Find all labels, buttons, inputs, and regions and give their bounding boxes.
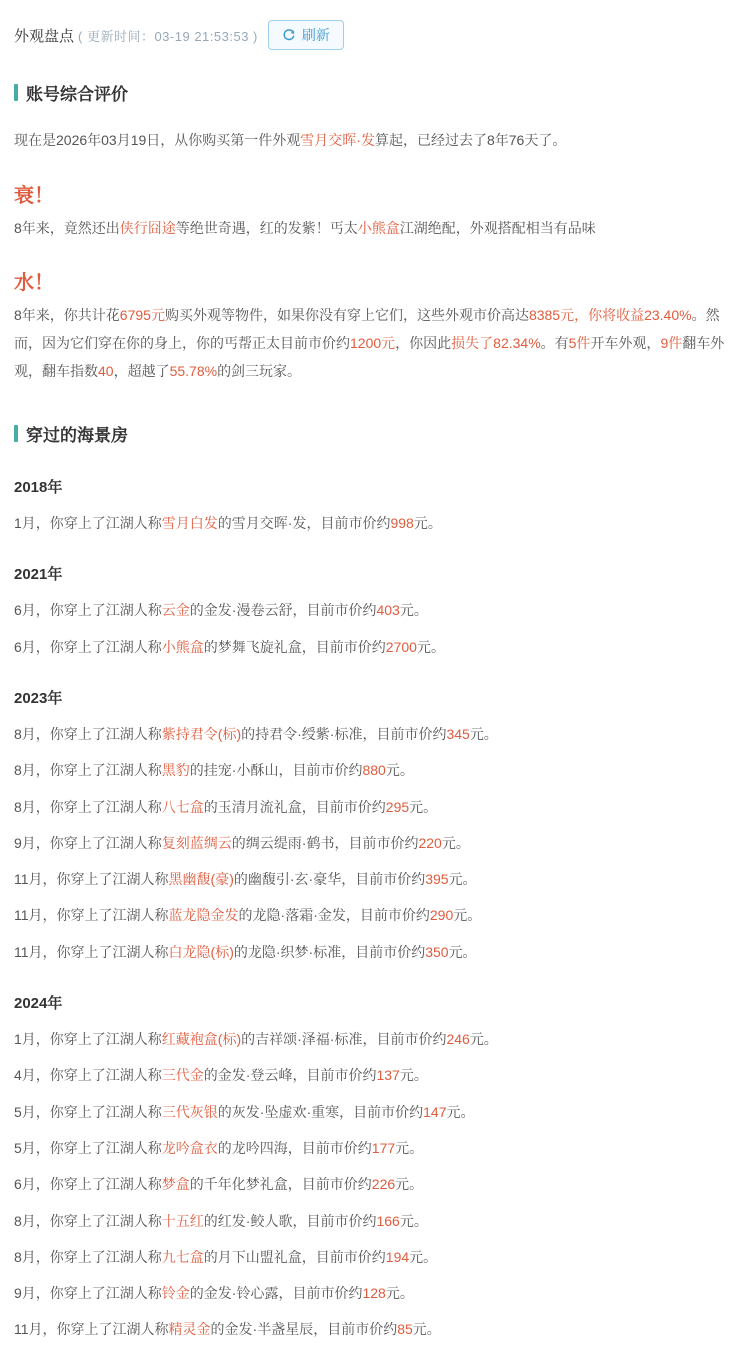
item-price: 350	[425, 944, 448, 960]
item-suffix: 元。	[409, 1249, 437, 1265]
item-month: 4月，你穿上了江湖人称	[14, 1067, 162, 1083]
item-price: 998	[390, 515, 413, 531]
item-nickname: 九七盒	[162, 1249, 204, 1265]
item-suffix: 元。	[386, 762, 414, 778]
history-item: 8月，你穿上了江湖人称十五红的红发·鲛人歌，目前市价约166元。	[14, 1211, 736, 1231]
item-suffix: 元。	[395, 1140, 423, 1156]
plain-text: 购买外观等物件，如果你没有穿上它们，这些外观市价高达	[165, 307, 529, 323]
item-name: 的玉清月流礼盒，目前市价约	[204, 799, 386, 815]
item-nickname: 八七盒	[162, 799, 204, 815]
item-nickname: 蓝龙隐金发	[169, 907, 239, 923]
item-month: 8月，你穿上了江湖人称	[14, 762, 162, 778]
history-item: 11月，你穿上了江湖人称白龙隐(标)的龙隐·织梦·标准，目前市价约350元。	[14, 942, 736, 962]
history-item: 6月，你穿上了江湖人称小熊盒的梦舞飞旋礼盒，目前市价约2700元。	[14, 637, 736, 657]
item-name: 的金发·铃心露，目前市价约	[190, 1285, 363, 1301]
item-name: 的挂宠·小酥山，目前市价约	[190, 762, 363, 778]
section-title-history: 穿过的海景房	[14, 421, 736, 446]
item-nickname: 三代金	[162, 1067, 204, 1083]
highlight-text: 小熊盒	[358, 220, 400, 236]
item-price: 290	[430, 907, 453, 923]
item-price: 345	[446, 726, 469, 742]
item-suffix: 元。	[442, 835, 470, 851]
highlight-text: 8385元，你将收益23.40%	[529, 307, 692, 323]
item-suffix: 元。	[414, 515, 442, 531]
highlight-text: 侠行囧途	[120, 220, 176, 236]
section-bar-icon	[14, 425, 18, 442]
item-nickname: 黑豹	[162, 762, 190, 778]
summary-intro-paragraph: 现在是2026年03月19日，从你购买第一件外观雪月交晖·发算起，已经过去了8年…	[14, 125, 736, 155]
item-nickname: 复刻蓝绸云	[162, 835, 232, 851]
item-nickname: 雪月白发	[162, 515, 218, 531]
item-nickname: 红藏袍盒(标)	[162, 1031, 241, 1047]
item-nickname: 铃金	[162, 1285, 190, 1301]
verdict-paragraph-shuai: 8年来，竟然还出侠行囧途等绝世奇遇，红的发紫！丐太小熊盒江湖绝配，外观搭配相当有…	[14, 214, 736, 242]
item-price: 2700	[386, 639, 417, 655]
item-name: 的红发·鲛人歌，目前市价约	[204, 1213, 377, 1229]
plain-text: 8年来，竟然还出	[14, 220, 120, 236]
item-month: 8月，你穿上了江湖人称	[14, 726, 162, 742]
item-nickname: 三代灰银	[162, 1104, 218, 1120]
item-nickname: 龙吟盒衣	[162, 1140, 218, 1156]
item-month: 5月，你穿上了江湖人称	[14, 1140, 162, 1156]
item-price: 403	[376, 602, 399, 618]
refresh-icon	[282, 28, 296, 42]
item-month: 6月，你穿上了江湖人称	[14, 602, 162, 618]
history-item: 6月，你穿上了江湖人称云金的金发·漫卷云舒，目前市价约403元。	[14, 600, 736, 620]
item-nickname: 云金	[162, 602, 190, 618]
highlight-text: 损失了82.34%	[451, 335, 540, 351]
page-title: 外观盘点	[14, 25, 74, 46]
history-year-label: 2021年	[14, 563, 736, 584]
verdict-paragraph-shui: 8年来，你共计花6795元购买外观等物件，如果你没有穿上它们，这些外观市价高达8…	[14, 301, 736, 385]
item-suffix: 元。	[409, 799, 437, 815]
item-price: 395	[425, 871, 448, 887]
item-month: 9月，你穿上了江湖人称	[14, 835, 162, 851]
item-name: 的幽馥引·玄·豪华，目前市价约	[234, 871, 425, 887]
item-suffix: 元。	[449, 871, 477, 887]
item-suffix: 元。	[453, 907, 481, 923]
item-nickname: 黑幽馥(豪)	[169, 871, 234, 887]
verdict-heading-shuai: 衰！	[14, 179, 736, 208]
item-month: 6月，你穿上了江湖人称	[14, 1176, 162, 1192]
item-suffix: 元。	[386, 1285, 414, 1301]
item-price: 85	[397, 1321, 413, 1337]
item-suffix: 元。	[470, 726, 498, 742]
highlight-text: 9件	[660, 335, 682, 351]
item-month: 11月，你穿上了江湖人称	[14, 944, 169, 960]
item-price: 177	[372, 1140, 395, 1156]
item-name: 的金发·半盏星辰，目前市价约	[211, 1321, 398, 1337]
verdict-heading-shui: 水！	[14, 266, 736, 295]
item-nickname: 小熊盒	[162, 639, 204, 655]
item-name: 的持君令·绶紫·标准，目前市价约	[241, 726, 446, 742]
item-price: 128	[362, 1285, 385, 1301]
item-name: 的绸云缇雨·鹤书，目前市价约	[232, 835, 419, 851]
history-item: 5月，你穿上了江湖人称三代灰银的灰发·坠虚欢·重寒，目前市价约147元。	[14, 1102, 736, 1122]
history-item: 8月，你穿上了江湖人称黑豹的挂宠·小酥山，目前市价约880元。	[14, 760, 736, 780]
item-suffix: 元。	[395, 1176, 423, 1192]
item-nickname: 精灵金	[169, 1321, 211, 1337]
highlight-text: 1200元	[350, 335, 395, 351]
item-month: 8月，你穿上了江湖人称	[14, 1213, 162, 1229]
history-item: 11月，你穿上了江湖人称精灵金的金发·半盏星辰，目前市价约85元。	[14, 1319, 736, 1339]
item-month: 11月，你穿上了江湖人称	[14, 907, 169, 923]
item-suffix: 元。	[470, 1031, 498, 1047]
item-price: 137	[376, 1067, 399, 1083]
item-name: 的雪月交晖·发，目前市价约	[218, 515, 391, 531]
item-name: 的千年化梦礼盒，目前市价约	[190, 1176, 372, 1192]
item-month: 11月，你穿上了江湖人称	[14, 871, 169, 887]
item-name: 的梦舞飞旋礼盒，目前市价约	[204, 639, 386, 655]
item-month: 11月，你穿上了江湖人称	[14, 1321, 169, 1337]
history-item: 11月，你穿上了江湖人称黑幽馥(豪)的幽馥引·玄·豪华，目前市价约395元。	[14, 869, 736, 889]
update-time-note: ( 更新时间：03-19 21:53:53 )	[78, 26, 258, 45]
item-price: 246	[446, 1031, 469, 1047]
history-item: 6月，你穿上了江湖人称梦盒的千年化梦礼盒，目前市价约226元。	[14, 1174, 736, 1194]
item-name: 的灰发·坠虚欢·重寒，目前市价约	[218, 1104, 423, 1120]
item-price: 194	[386, 1249, 409, 1265]
section-title-account-summary: 账号综合评价	[14, 80, 736, 105]
refresh-button[interactable]: 刷新	[268, 20, 344, 50]
item-name: 的龙吟四海，目前市价约	[218, 1140, 372, 1156]
plain-text: 的剑三玩家。	[217, 363, 301, 379]
item-price: 147	[423, 1104, 446, 1120]
item-price: 226	[372, 1176, 395, 1192]
item-nickname: 十五红	[162, 1213, 204, 1229]
plain-text: 等绝世奇遇，红的发紫！丐太	[176, 220, 358, 236]
history-year-label: 2018年	[14, 476, 736, 497]
section-title-text: 账号综合评价	[26, 80, 128, 105]
item-suffix: 元。	[446, 1104, 474, 1120]
item-nickname: 白龙隐(标)	[169, 944, 234, 960]
item-suffix: 元。	[400, 1067, 428, 1083]
history-item: 8月，你穿上了江湖人称紫持君令(标)的持君令·绶紫·标准，目前市价约345元。	[14, 724, 736, 744]
plain-text: 。有	[541, 335, 569, 351]
section-bar-icon	[14, 84, 18, 101]
highlight-text: 55.78%	[170, 363, 217, 379]
item-month: 6月，你穿上了江湖人称	[14, 639, 162, 655]
highlight-text: 5件	[569, 335, 591, 351]
item-name: 的金发·漫卷云舒，目前市价约	[190, 602, 377, 618]
item-name: 的月下山盟礼盒，目前市价约	[204, 1249, 386, 1265]
item-name: 的龙隐·织梦·标准，目前市价约	[234, 944, 425, 960]
highlight-text: 40	[98, 363, 114, 379]
history-item: 9月，你穿上了江湖人称复刻蓝绸云的绸云缇雨·鹤书，目前市价约220元。	[14, 833, 736, 853]
item-name: 的吉祥颂·泽福·标准，目前市价约	[241, 1031, 446, 1047]
item-price: 220	[418, 835, 441, 851]
item-price: 166	[376, 1213, 399, 1229]
page-header: 外观盘点 ( 更新时间：03-19 21:53:53 ) 刷新	[14, 20, 736, 50]
highlight-text: 6795元	[120, 307, 165, 323]
history-list: 2018年1月，你穿上了江湖人称雪月白发的雪月交晖·发，目前市价约998元。20…	[14, 476, 736, 1340]
history-year-label: 2024年	[14, 992, 736, 1013]
history-year-label: 2023年	[14, 687, 736, 708]
item-suffix: 元。	[400, 1213, 428, 1229]
refresh-button-label: 刷新	[302, 25, 330, 45]
history-item: 1月，你穿上了江湖人称红藏袍盒(标)的吉祥颂·泽福·标准，目前市价约246元。	[14, 1029, 736, 1049]
history-item: 8月，你穿上了江湖人称九七盒的月下山盟礼盒，目前市价约194元。	[14, 1247, 736, 1267]
highlight-text: 雪月交晖·发	[300, 132, 375, 148]
appearance-report-page: 外观盘点 ( 更新时间：03-19 21:53:53 ) 刷新 账号综合评价 现…	[0, 0, 756, 1370]
item-name: 的龙隐·落霜·金发，目前市价约	[239, 907, 430, 923]
plain-text: ，超越了	[114, 363, 170, 379]
plain-text: 现在是2026年03月19日，从你购买第一件外观	[14, 132, 300, 148]
item-nickname: 紫持君令(标)	[162, 726, 241, 742]
item-suffix: 元。	[417, 639, 445, 655]
item-suffix: 元。	[449, 944, 477, 960]
item-name: 的金发·登云峰，目前市价约	[204, 1067, 377, 1083]
history-item: 11月，你穿上了江湖人称蓝龙隐金发的龙隐·落霜·金发，目前市价约290元。	[14, 905, 736, 925]
plain-text: ，你因此	[395, 335, 451, 351]
item-suffix: 元。	[400, 602, 428, 618]
item-month: 8月，你穿上了江湖人称	[14, 799, 162, 815]
history-item: 9月，你穿上了江湖人称铃金的金发·铃心露，目前市价约128元。	[14, 1283, 736, 1303]
section-title-text: 穿过的海景房	[26, 421, 128, 446]
history-item: 5月，你穿上了江湖人称龙吟盒衣的龙吟四海，目前市价约177元。	[14, 1138, 736, 1158]
history-item: 4月，你穿上了江湖人称三代金的金发·登云峰，目前市价约137元。	[14, 1065, 736, 1085]
item-price: 880	[362, 762, 385, 778]
plain-text: 开车外观，	[590, 335, 660, 351]
item-month: 1月，你穿上了江湖人称	[14, 515, 162, 531]
plain-text: 算起，已经过去了8年76天了。	[375, 132, 566, 148]
item-suffix: 元。	[413, 1321, 441, 1337]
item-month: 9月，你穿上了江湖人称	[14, 1285, 162, 1301]
plain-text: 江湖绝配，外观搭配相当有品味	[400, 220, 596, 236]
item-price: 295	[386, 799, 409, 815]
item-month: 1月，你穿上了江湖人称	[14, 1031, 162, 1047]
plain-text: 8年来，你共计花	[14, 307, 120, 323]
item-month: 8月，你穿上了江湖人称	[14, 1249, 162, 1265]
item-month: 5月，你穿上了江湖人称	[14, 1104, 162, 1120]
history-item: 1月，你穿上了江湖人称雪月白发的雪月交晖·发，目前市价约998元。	[14, 513, 736, 533]
history-item: 8月，你穿上了江湖人称八七盒的玉清月流礼盒，目前市价约295元。	[14, 797, 736, 817]
item-nickname: 梦盒	[162, 1176, 190, 1192]
